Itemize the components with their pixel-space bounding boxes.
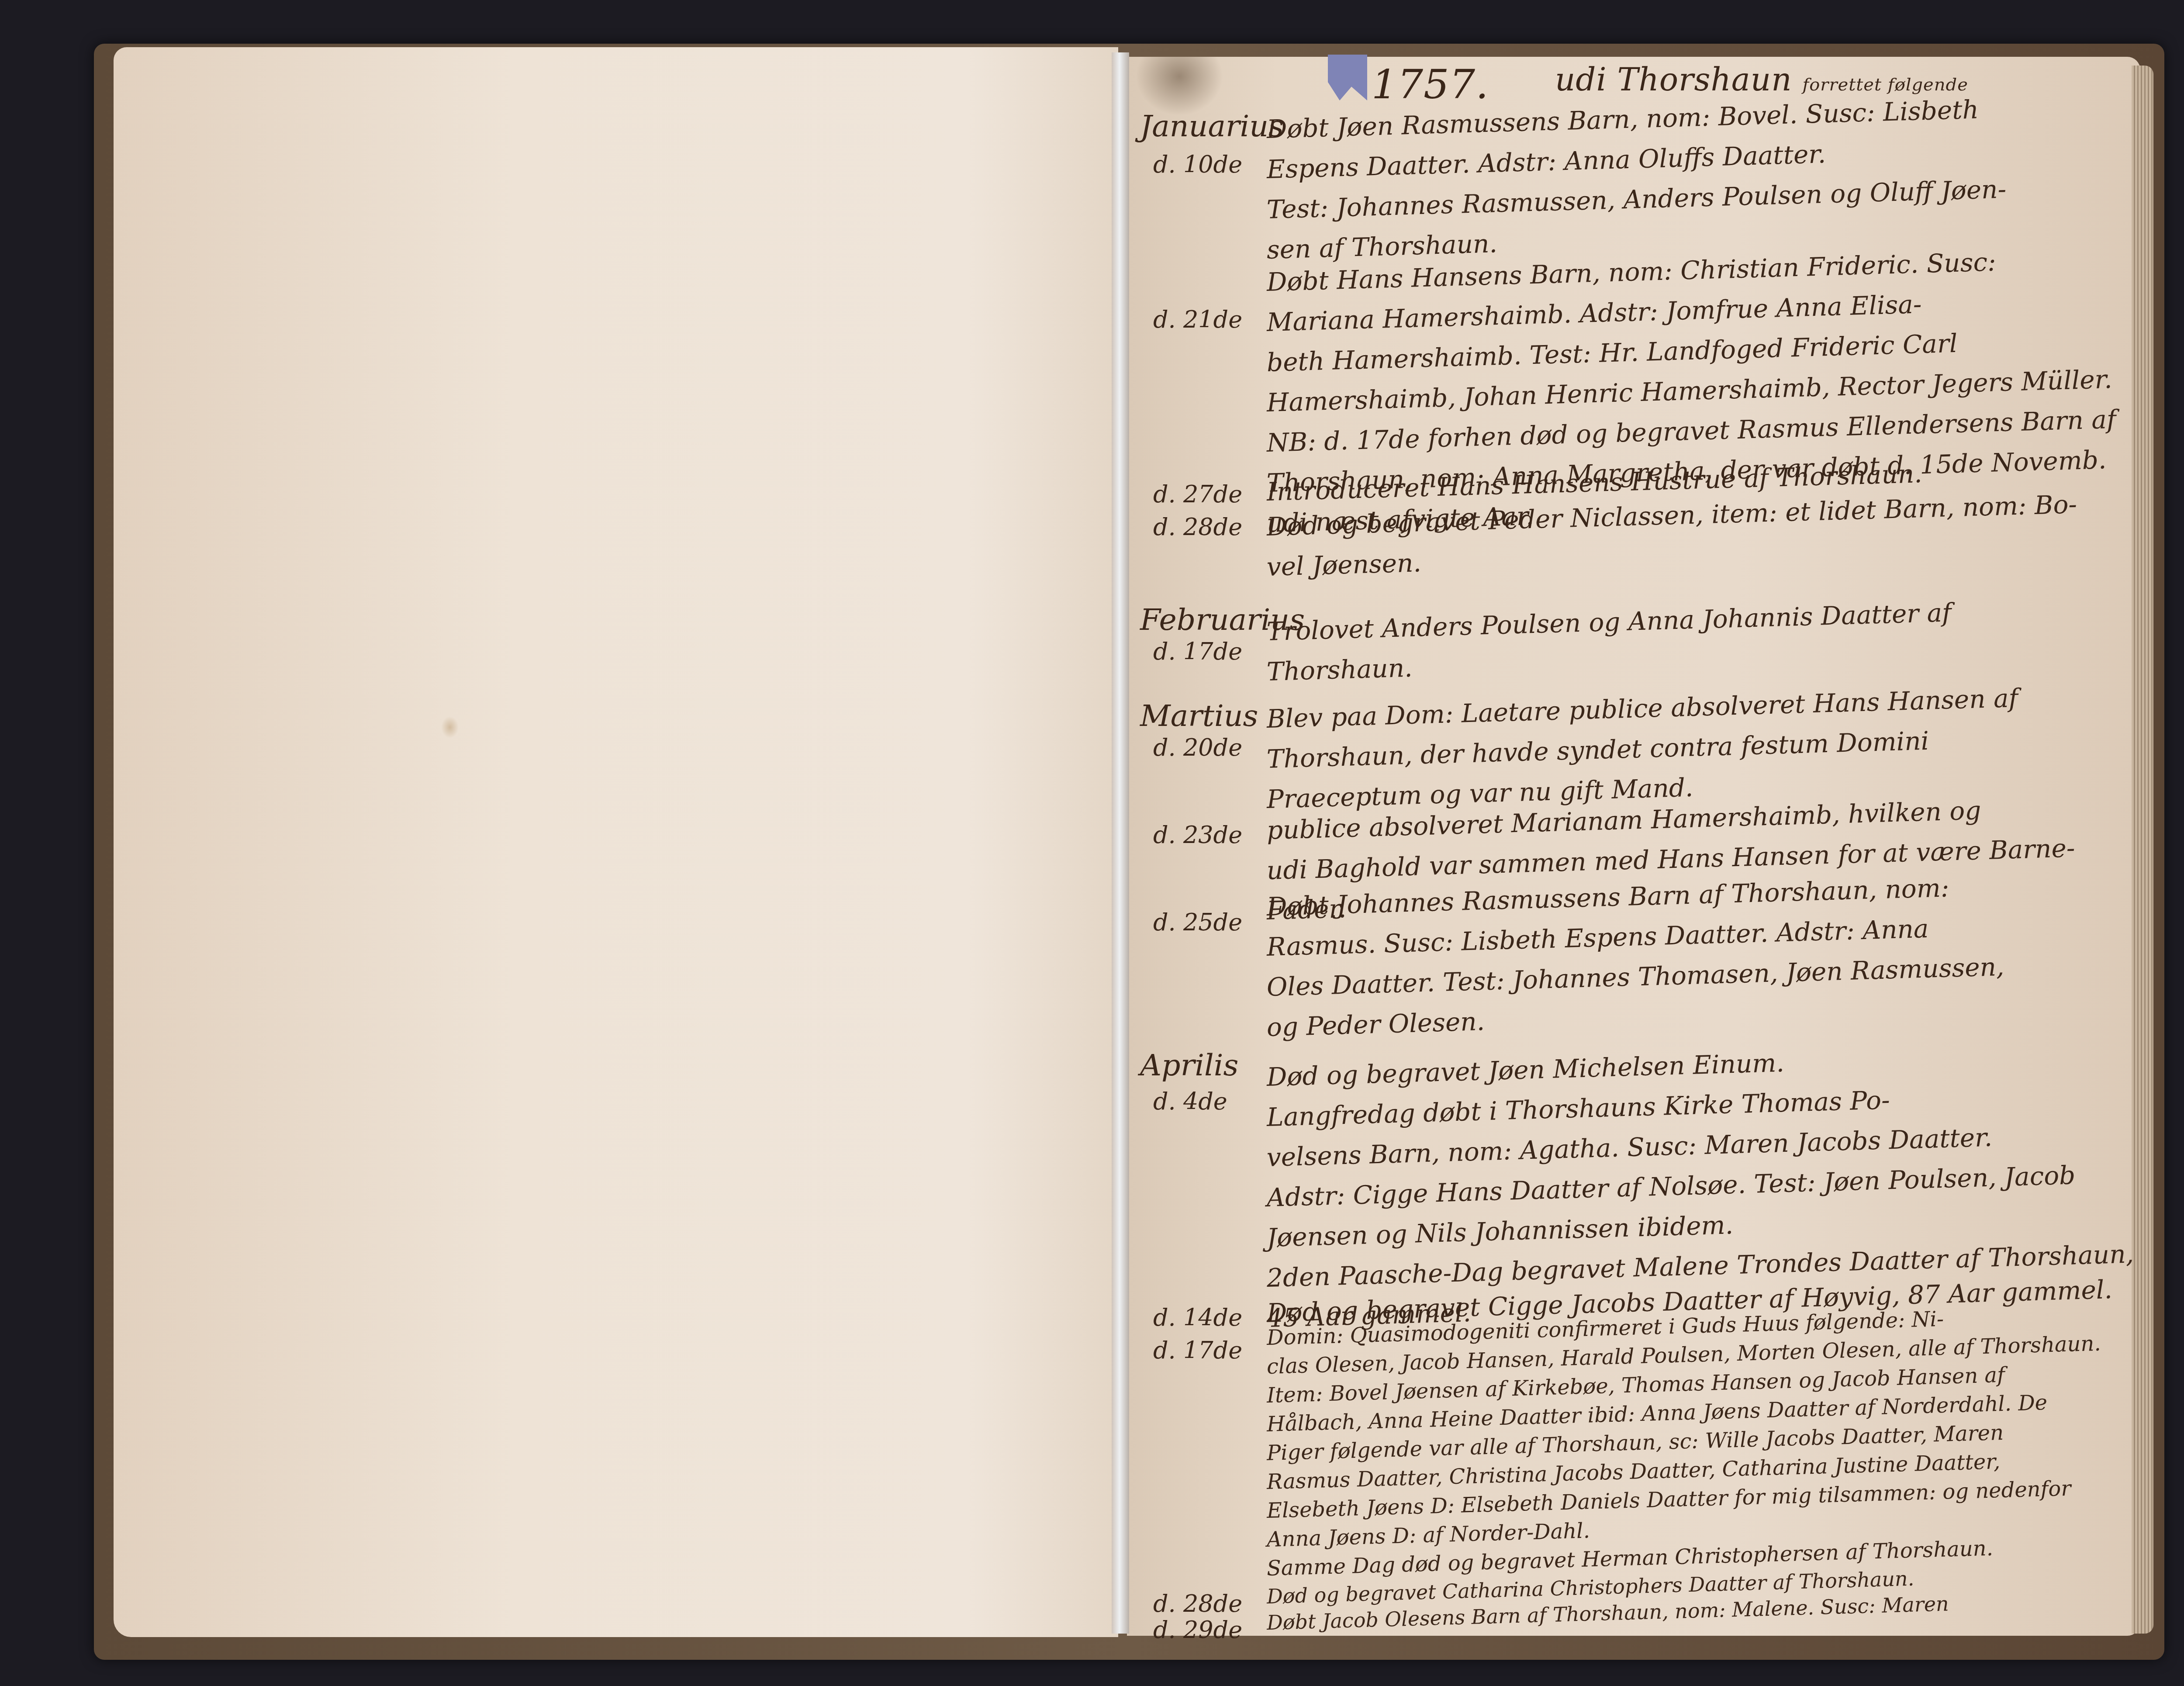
register-year: 1757. (1372, 61, 1489, 108)
entry-date: d. 27de (1153, 480, 1242, 508)
month-januarius: Januarius (1140, 109, 1284, 144)
entry-block: Døbt Johannes Rasmussens Barn af Thorsha… (1267, 887, 2123, 1047)
entry-date: d. 17de (1153, 638, 1242, 665)
month-martius: Martius (1140, 699, 1258, 733)
entry-date: d. 4de (1153, 1088, 1227, 1115)
entry-date: d. 17de (1153, 1337, 1242, 1364)
entry-block: Domin: Quasimodogeniti confirmeret i Gud… (1267, 1323, 2123, 1583)
entry-date: d. 28de (1153, 1590, 1242, 1617)
entry-date: d. 28de (1153, 513, 1242, 541)
entry-date: d. 29de (1153, 1616, 1242, 1644)
entry-date: d. 21de (1153, 306, 1242, 333)
paper-stain-spot (441, 716, 459, 738)
left-page-blank (114, 47, 1118, 1637)
place-name: udi Thorshaun (1555, 61, 1792, 98)
entry-date: d. 20de (1153, 734, 1242, 761)
page-stack-edges (2132, 66, 2153, 1634)
water-stain (1136, 50, 1223, 116)
entry-block: Død og begravet Peder Niclassen, item: e… (1267, 507, 2123, 587)
entry-date: d. 25de (1153, 909, 1242, 936)
entry-date: d. 10de (1153, 151, 1242, 178)
entry-block: Døbt Jacob Olesens Barn af Thorshaun, no… (1267, 1610, 2123, 1636)
entry-date: d. 23de (1153, 821, 1242, 849)
entry-date: d. 14de (1153, 1304, 1242, 1331)
book-gutter (1112, 52, 1129, 1634)
month-aprilis: Aprilis (1140, 1048, 1238, 1083)
